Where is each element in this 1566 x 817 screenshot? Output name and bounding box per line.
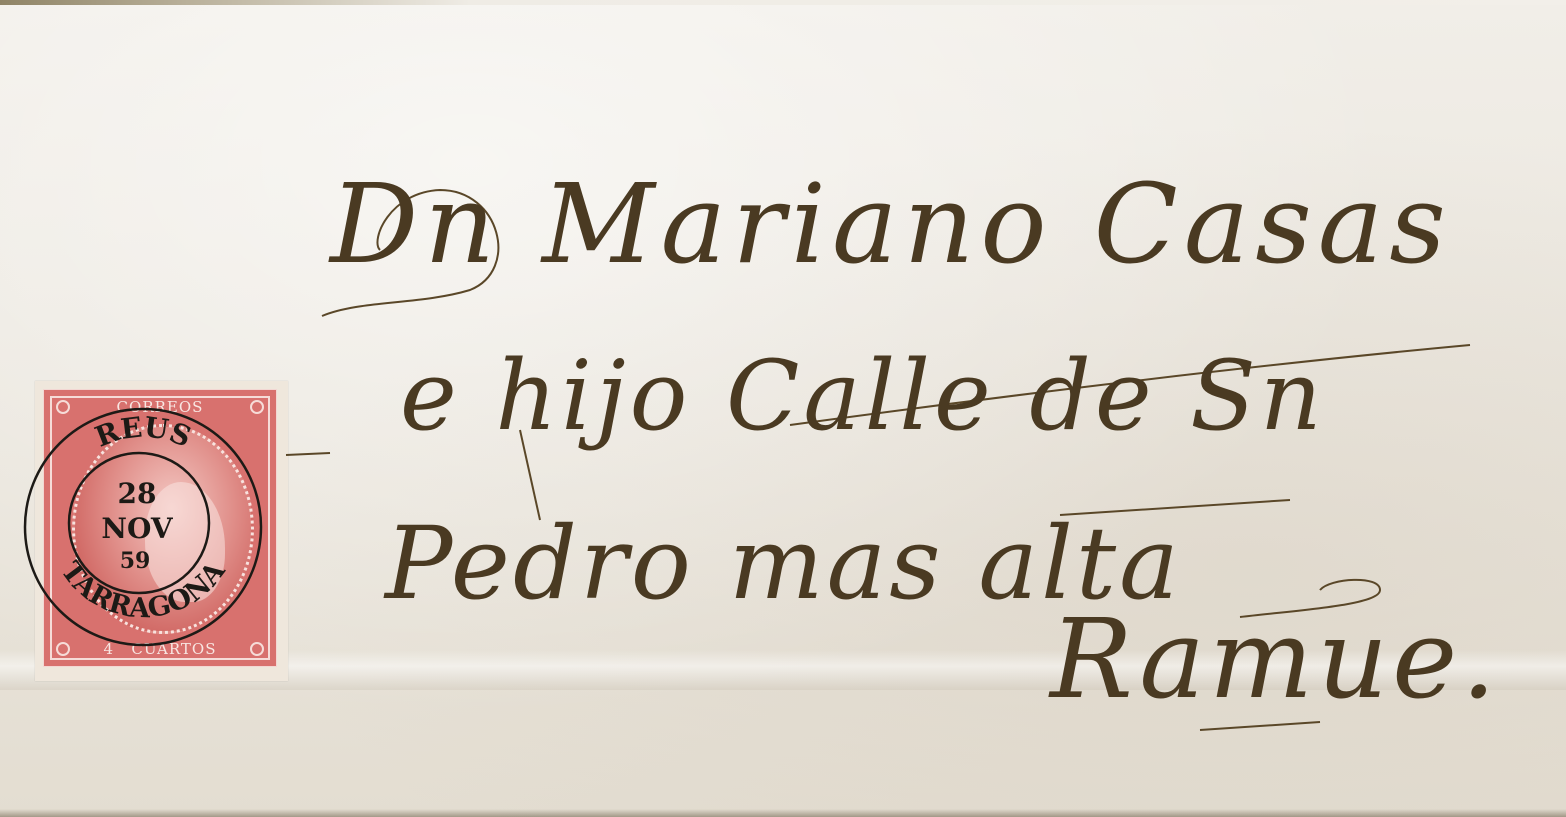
address-line-recipient: Dn Mariano Casas bbox=[330, 160, 1452, 288]
address-line-city: Ramue. bbox=[1050, 595, 1500, 723]
postmark-town: REUS bbox=[91, 410, 196, 453]
postmark-cancel: REUS TARRAGONA 28 NOV 59 bbox=[19, 403, 267, 651]
postmark-day: 28 bbox=[118, 477, 157, 510]
postmark-year: 59 bbox=[120, 548, 151, 574]
cover-top-edge bbox=[0, 0, 1566, 5]
postmark-month: NOV bbox=[101, 512, 173, 545]
cover-bottom-edge bbox=[0, 809, 1566, 817]
letter-cover: CORREOS 4 CUARTOS REUS TARRAGONA 28 NOV … bbox=[0, 0, 1566, 817]
address-line-street: e hijo Calle de Sn bbox=[400, 340, 1326, 452]
svg-text:REUS: REUS bbox=[91, 410, 196, 453]
